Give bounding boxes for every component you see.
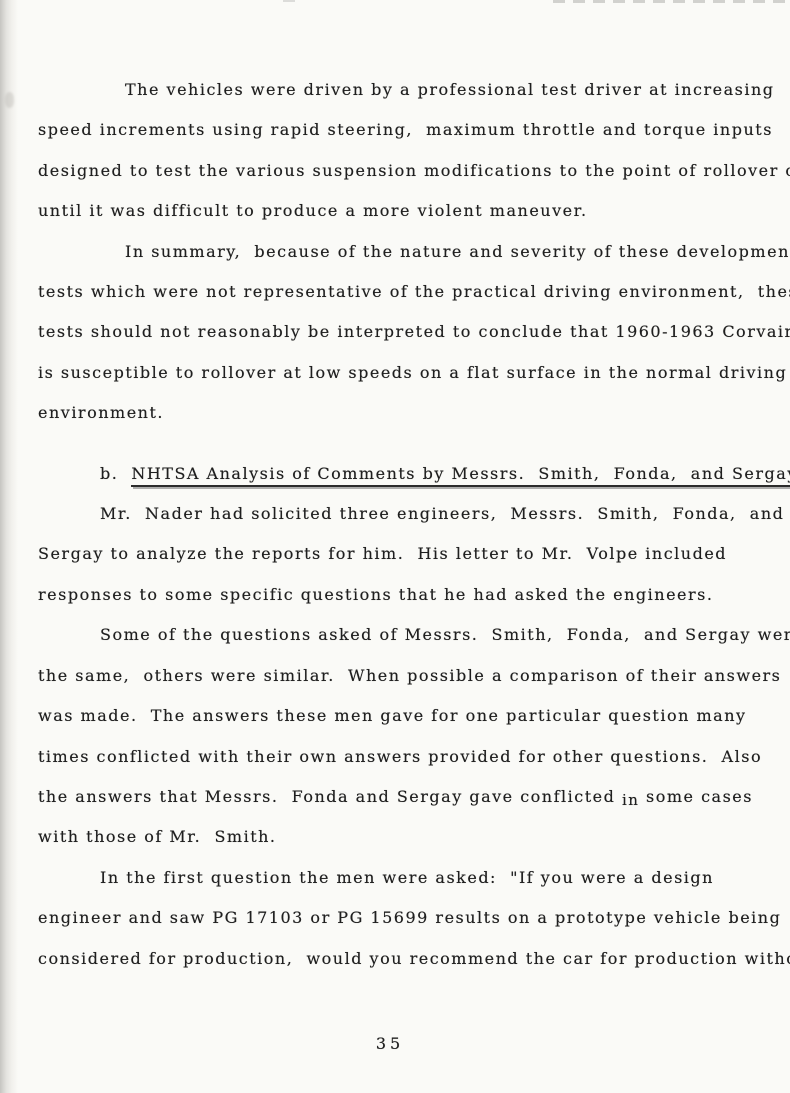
- paragraph-first-question: In the first question the men were asked…: [38, 858, 782, 979]
- section-heading-title: NHTSA Analysis of Comments by Messrs. Sm…: [131, 464, 790, 487]
- text-line: is susceptible to rollover at low speeds…: [38, 353, 782, 393]
- paragraph-summary: In summary, because of the nature and se…: [38, 232, 782, 434]
- section-heading: b.NHTSA Analysis of Comments by Messrs. …: [38, 454, 782, 494]
- scan-edge-shadow: [0, 0, 18, 1093]
- section-heading-label: b.: [100, 464, 118, 483]
- text-line: In summary, because of the nature and se…: [38, 232, 782, 272]
- text-line: the same, others were similar. When poss…: [38, 656, 782, 696]
- page-content: The vehicles were driven by a profession…: [38, 70, 782, 979]
- text-segment: some cases: [639, 787, 753, 806]
- text-line: designed to test the various suspension …: [38, 151, 782, 191]
- text-line: tests should not reasonably be interpret…: [38, 312, 782, 352]
- text-line: tests which were not representative of t…: [38, 272, 782, 312]
- text-line: until it was difficult to produce a more…: [38, 191, 782, 231]
- text-line: times conflicted with their own answers …: [38, 737, 782, 777]
- page-number: 35: [0, 1034, 780, 1053]
- text-line: environment.: [38, 393, 782, 433]
- text-line: speed increments using rapid steering, m…: [38, 110, 782, 150]
- text-line: The vehicles were driven by a profession…: [38, 70, 782, 110]
- text-segment-dropped: in: [622, 791, 639, 809]
- scan-artifact-dashes: [553, 0, 790, 3]
- paragraph-nader-engineers: Mr. Nader had solicited three engineers,…: [38, 494, 782, 615]
- paragraph-test-driver: The vehicles were driven by a profession…: [38, 70, 782, 232]
- scan-smudge: [5, 92, 14, 108]
- scan-artifact-dash: [283, 0, 299, 2]
- text-line: with those of Mr. Smith.: [38, 817, 782, 857]
- text-line: In the first question the men were asked…: [38, 858, 782, 898]
- text-segment: the answers that Messrs. Fonda and Serga…: [38, 787, 622, 806]
- paragraph-questions-comparison: Some of the questions asked of Messrs. S…: [38, 615, 782, 857]
- text-line: the answers that Messrs. Fonda and Serga…: [38, 777, 782, 817]
- text-line: considered for production, would you rec…: [38, 939, 782, 979]
- scanned-document-page: The vehicles were driven by a profession…: [0, 0, 790, 1093]
- text-line: engineer and saw PG 17103 or PG 15699 re…: [38, 898, 782, 938]
- text-line: Some of the questions asked of Messrs. S…: [38, 615, 782, 655]
- text-line: was made. The answers these men gave for…: [38, 696, 782, 736]
- text-line: Mr. Nader had solicited three engineers,…: [38, 494, 782, 534]
- text-line: responses to some specific questions tha…: [38, 575, 782, 615]
- text-line: Sergay to analyze the reports for him. H…: [38, 534, 782, 574]
